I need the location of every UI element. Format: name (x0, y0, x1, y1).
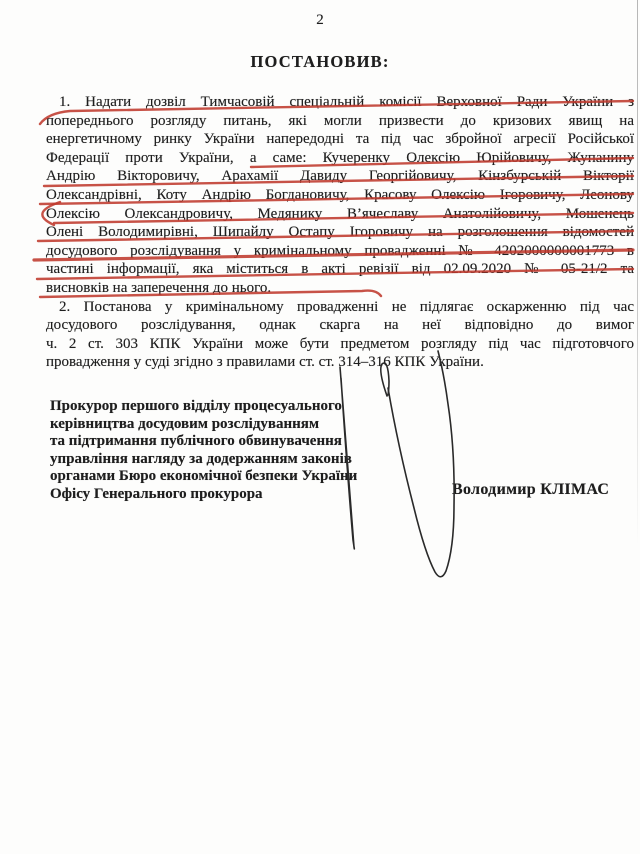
text-line: Олександрівні, Коту Андрію Богдановичу, … (46, 186, 634, 205)
text-line: керівництва досудовим розслідуванням (50, 416, 410, 434)
text-line: Олені Володимирівні, Шипайлу Остапу Ігор… (46, 223, 634, 242)
text-line: досудового розслідування, однак скарга н… (46, 316, 634, 335)
text-line: та підтримання публічного обвинувачення (50, 433, 410, 451)
page-number: 2 (0, 12, 640, 29)
signer-name: Володимир КЛІМАС (452, 481, 609, 499)
text-line: Прокурор першого відділу процесуального (50, 398, 410, 416)
text-line: досудового розслідування у кримінальному… (46, 242, 634, 261)
document-heading: ПОСТАНОВИВ: (0, 52, 640, 72)
text-line: Андрію Вікторовичу, Арахамії Давиду Геор… (46, 167, 634, 186)
text-line: висновків на заперечення до нього. (46, 279, 634, 298)
text-line: Федерації проти України, а саме: Кучерен… (46, 149, 634, 168)
text-line: Офісу Генерального прокурора (50, 486, 410, 504)
text-line: органами Бюро економічної безпеки Україн… (50, 468, 410, 486)
text-line: 2. Постанова у кримінальному провадженні… (46, 298, 634, 317)
text-line: частині інформації, яка міститься в акті… (46, 260, 634, 279)
document-body: 1. Надати дозвіл Тимчасовій спеціальній … (46, 93, 634, 372)
text-line: управління нагляду за додержанням законі… (50, 451, 410, 469)
text-line: попереднього розгляду питань, які могли … (46, 112, 634, 131)
signature-title-block: Прокурор першого відділу процесуального … (50, 398, 410, 504)
text-line: провадження у суді згідно з правилами ст… (46, 353, 634, 372)
scan-edge-artifact (637, 0, 639, 545)
text-line: Олексію Олександровичу, Медянику В’ячесл… (46, 205, 634, 224)
text-line: 1. Надати дозвіл Тимчасовій спеціальній … (46, 93, 634, 112)
text-line: ч. 2 ст. 303 КПК України може бути предм… (46, 335, 634, 354)
text-line: енергетичному ринку України напередодні … (46, 130, 634, 149)
scanned-document-page: 2 ПОСТАНОВИВ: 1. Надати дозвіл Тимчасові… (0, 0, 640, 854)
